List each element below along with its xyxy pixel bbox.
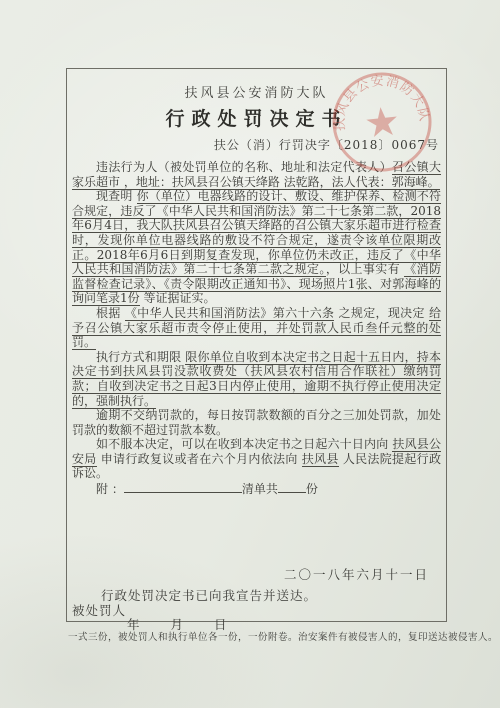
preprinted-text: 份 (306, 482, 318, 496)
preprinted-text: ，以上事实有 (326, 262, 404, 276)
preprinted-text: 根据 (96, 306, 125, 320)
form-border-box: 扶风县公安消防大队 行政处罚决定书 扶公（消）行罚决字〔2018〕0067号 违… (66, 68, 447, 622)
paragraph: 如不服本决定，可以在收到本决定书之日起六十日内向 扶风县公安局 申请行政复议或者… (72, 437, 441, 481)
document-title: 行政处罚决定书 (72, 104, 441, 131)
preprinted-text: 现查明 (96, 189, 137, 203)
paragraph: 根据 《中华人民共和国消防法》第六十六条 之规定，现决定 给予召公镇大家乐超市责… (72, 306, 441, 350)
filled-in-text: 《中华人民共和国消防法》第六十六条 (125, 306, 335, 321)
preprinted-text: 附 ： (96, 482, 124, 496)
paragraph: 现查明 你（单位）电器线路的设计、敷设、维护保养、检测不符合规定，违反了《中华人… (72, 189, 441, 306)
agency-name: 扶风县公安消防大队 (72, 82, 441, 101)
paragraph: 违法行为人（被处罚单位的名称、地址和法定代表人）召公镇大家乐超市 ，地址：扶风县… (72, 160, 441, 189)
preprinted-text: 清单共 (242, 482, 278, 496)
document-photo: 扶风县公安消防大队 行政处罚决定书 扶公（消）行罚决字〔2018〕0067号 违… (0, 0, 500, 708)
filled-in-text (278, 481, 306, 493)
document-body: 违法行为人（被处罚单位的名称、地址和法定代表人）召公镇大家乐超市 ，地址：扶风县… (72, 160, 441, 497)
preprinted-text: 逾期不交纳罚款的，每日按罚款数额的百分之三加处罚款，加处罚款的数额不超过罚款本数… (72, 408, 441, 437)
delivery-statement: 行政处罚决定书已向我宣告并送达。 (101, 586, 317, 604)
preprinted-text: 违法行为人（被处罚单位的名称、地址和法定代表人） (96, 160, 392, 174)
document-number: 扶公（消）行罚决字〔2018〕0067号 (72, 136, 441, 153)
footer-note: 一式三份，被处罚人和执行单位各一份，一份附卷。治安案件有被侵害人的，复印送达被侵… (68, 629, 448, 643)
punished-person-label: 被处罚人 (72, 601, 126, 619)
paragraph: 执行方式和期限 限你单位自收到本决定书之日起十五日内，持本决定书到扶风县罚没款收… (72, 350, 441, 408)
preprinted-text: 申请行政复议或者在六个月内依法向 (97, 452, 302, 466)
paragraph: 附 ：清单共份 (72, 481, 441, 497)
preprinted-text: 执行方式和期限 (96, 350, 185, 364)
filled-in-text: 扶风县 (302, 452, 339, 467)
preprinted-text: 等证据证实。 (140, 291, 216, 305)
preprinted-text: 如不服本决定，可以在收到本决定书之日起六十日内向 (96, 437, 392, 451)
filled-in-text (124, 481, 242, 493)
decision-date: 二〇一八年六月十一日 (284, 565, 429, 583)
paragraph: 逾期不交纳罚款的，每日按罚款数额的百分之三加处罚款，加处罚款的数额不超过罚款本数… (72, 408, 441, 437)
preprinted-text: 之规定，现决定 (334, 306, 429, 320)
